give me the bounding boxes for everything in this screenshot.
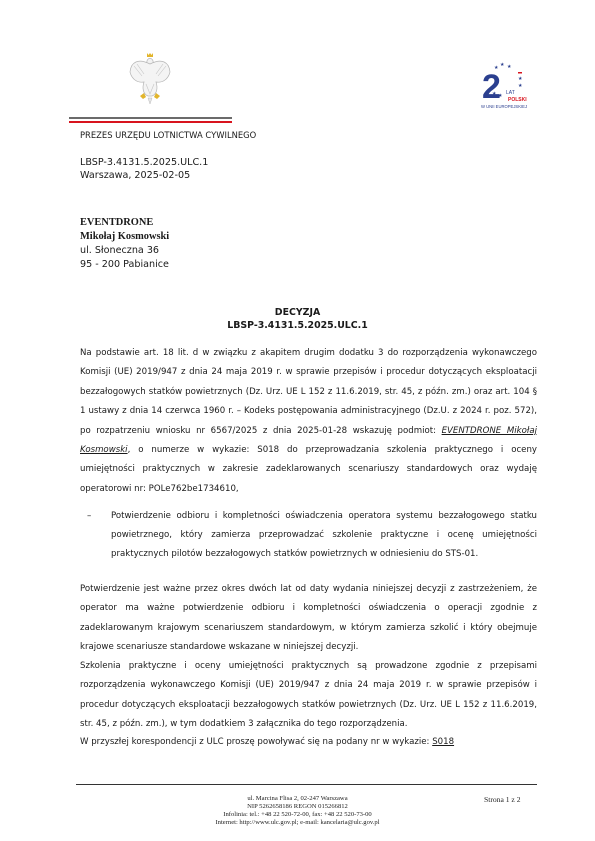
footer-rule — [76, 784, 537, 785]
paragraph-correspondence: W przyszłej korespondencji z ULC proszę … — [80, 733, 537, 752]
page-number: Strona 1 z 2 — [484, 795, 521, 804]
svg-text:POLSKI: POLSKI — [508, 97, 527, 103]
dash-bullet-icon: – — [87, 507, 91, 526]
registry-number: S018 — [432, 737, 454, 747]
recipient-city: 95 - 200 Pabianice — [80, 258, 169, 272]
svg-text:★: ★ — [500, 62, 505, 68]
svg-text:★: ★ — [492, 91, 497, 97]
paragraph-training: Szkolenia praktyczne i oceny umiejętnośc… — [80, 657, 537, 735]
20-lat-polski-w-ue-logo-icon: 2 ★ ★ ★ ★ ★ ★ ★ LAT W UNII EUROPEJSKIEJ … — [480, 60, 538, 112]
header-rule-red — [69, 121, 232, 123]
svg-text:2: 2 — [482, 68, 501, 106]
bullet-text: Potwierdzenie odbioru i kompletności ośw… — [99, 507, 537, 565]
footer-ids: NIP 5262658186 REGON 015266812 — [0, 803, 595, 811]
paragraph-validity: Potwierdzenie jest ważne przez okres dwó… — [80, 580, 537, 658]
reference-number: LBSP-3.4131.5.2025.ULC.1 — [80, 156, 208, 169]
recipient-street: ul. Słoneczna 36 — [80, 244, 169, 258]
svg-text:★: ★ — [494, 65, 499, 71]
footer-phone: Infolinia: tel.: +48 22 520-72-00, fax: … — [0, 811, 595, 819]
decision-heading: DECYZJA LBSP-3.4131.5.2025.ULC.1 — [0, 306, 595, 332]
decision-title: DECYZJA — [0, 306, 595, 319]
header-rule-gray — [69, 117, 232, 119]
bullet-item: – Potwierdzenie odbioru i kompletności o… — [99, 507, 537, 565]
recipient-company: EVENTDRONE — [80, 216, 169, 230]
issuing-authority: PREZES URZĘDU LOTNICTWA CYWILNEGO — [80, 130, 256, 140]
place-date: Warszawa, 2025-02-05 — [80, 169, 208, 182]
svg-text:★: ★ — [518, 83, 523, 89]
svg-text:★: ★ — [498, 93, 503, 99]
svg-text:★: ★ — [518, 76, 523, 82]
svg-text:W UNII EUROPEJSKIEJ: W UNII EUROPEJSKIEJ — [481, 104, 527, 109]
document-reference: LBSP-3.4131.5.2025.ULC.1 Warszawa, 2025-… — [80, 156, 208, 182]
recipient-address: EVENTDRONE Mikołaj Kosmowski ul. Słonecz… — [80, 216, 169, 272]
svg-text:★: ★ — [507, 64, 512, 70]
footer-internet: Internet: http://www.ulc.gov.pl; e-mail:… — [0, 819, 595, 827]
decision-number: LBSP-3.4131.5.2025.ULC.1 — [0, 319, 595, 332]
svg-text:LAT: LAT — [506, 90, 515, 96]
polish-eagle-emblem-icon — [128, 50, 172, 106]
paragraph-legal-basis: Na podstawie art. 18 lit. d w związku z … — [80, 344, 537, 499]
recipient-name: Mikołaj Kosmowski — [80, 230, 169, 244]
